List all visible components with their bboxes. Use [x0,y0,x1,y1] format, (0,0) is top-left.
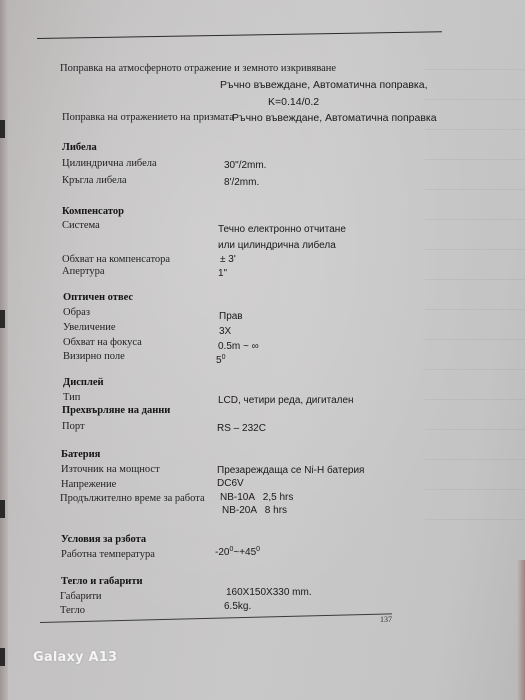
camera-watermark: Galaxy A13 [33,650,117,665]
spec-label: Апертура [62,266,105,277]
spec-label: Напрежение [61,479,116,490]
page-edge [517,560,525,700]
spec-label: Обхват на компенсатора [62,254,170,265]
section-title-weight-dimensions: Тегло и габарити [61,576,143,587]
spec-value: NB-10A 2,5 hrs [220,492,293,503]
spec-label: Работна температура [61,549,155,560]
spec-label: Тегло [60,605,85,616]
section-title-battery: Батерия [61,449,100,460]
spec-label: Тип [63,392,80,403]
section-title-optical-plummet: Оптичен отвес [63,292,133,303]
spec-value: Течно електронно отчитане [218,224,346,235]
spec-label: Продължително време за работа [60,493,205,504]
temp-min: -20 [215,547,229,558]
correction-value-atmospheric: Ръчно въвеждане, Автоматична поправка, [220,79,428,91]
header-rule [37,31,442,39]
section-title-operating-conditions: Условия за рзбота [61,534,146,545]
spec-label: Увеличение [63,322,116,333]
spec-value: LCD, четири реда, дигитален [218,395,354,406]
spec-value: Презареждаща се Ni-H батерия [217,465,364,476]
spec-value: Прав [219,311,243,322]
spec-value-cont: NB-20A 8 hrs [222,505,287,516]
spec-value: 50 [216,354,225,366]
spec-label: Порт [62,421,85,432]
spec-value-cont: или цилиндрична либела [218,240,336,251]
binder-ring [0,500,5,518]
spec-value: DC6V [217,478,244,489]
spec-label: Образ [63,307,90,318]
spec-value: RS – 232C [217,423,266,434]
spec-value: 0.5m ~ ∞ [218,341,259,352]
section-title-display: Дисплей [63,377,104,388]
binder-ring [0,648,5,666]
binder-ring [0,310,5,328]
footer-rule [40,613,392,623]
spec-value: 3X [219,326,231,337]
spec-label: Система [62,220,100,231]
section-title-compensator: Компенсатор [62,206,124,217]
spec-value: 1" [218,268,227,279]
spec-label: Цилиндрична либела [62,158,157,169]
page-number: 137 [380,615,392,624]
spec-value: 30"/2mm. [224,160,266,171]
spec-label: Източник на мощност [61,464,160,475]
degree-mark: 0 [222,354,226,361]
section-title-level: Либела [62,142,97,153]
spec-value: 160X150X330 mm. [226,587,312,598]
spec-value: 6.5kg. [224,601,251,612]
spec-label: Визирно поле [63,351,125,362]
temp-max: ~+45 [233,547,256,558]
correction-value-prism: Ръчно въвеждане, Автоматична поправка [232,112,437,124]
spec-value: ± 3' [220,254,236,265]
binder-edge [0,0,8,700]
correction-label-prism: Поправка на отражението на призмата [62,112,234,123]
spec-value: 8'/2mm. [224,177,259,188]
show-through-text [425,40,525,580]
spec-value: -200~+450 [215,546,260,558]
section-title-data-transfer: Прехвърляне на данни [62,405,170,416]
spec-label: Кръгла либела [62,175,127,186]
spec-label: Обхват на фокуса [63,337,142,348]
spec-label: Габарити [60,591,102,602]
correction-label-atmospheric: Поправка на атмосферното отражение и зем… [60,63,336,74]
correction-k-value: K=0.14/0.2 [268,96,319,108]
binder-ring [0,120,5,138]
degree-mark: 0 [256,546,260,553]
